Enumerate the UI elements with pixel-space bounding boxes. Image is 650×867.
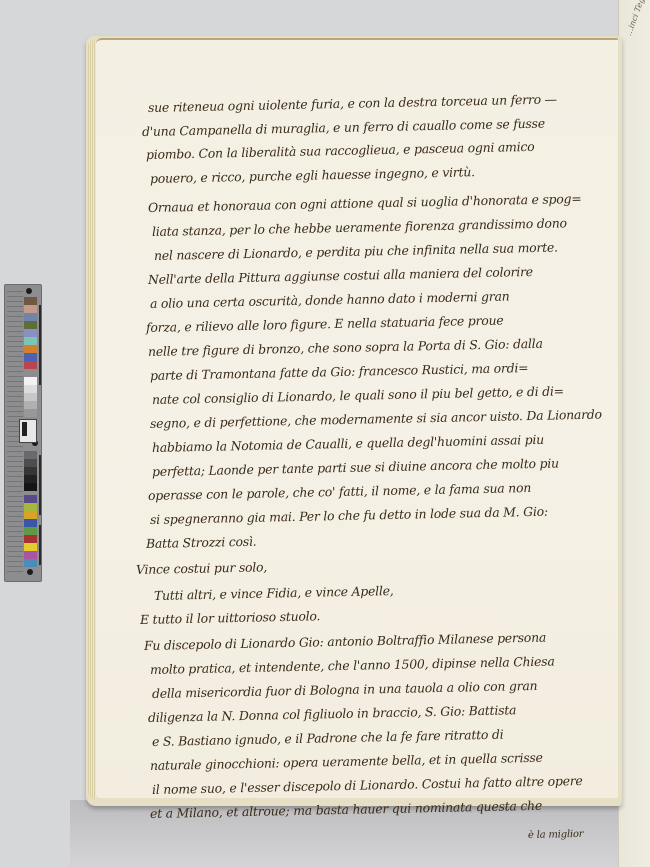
color-swatch bbox=[24, 353, 37, 361]
manuscript-line: Vince costui pur solo, bbox=[136, 559, 267, 577]
color-swatch bbox=[24, 451, 37, 459]
color-swatch bbox=[24, 321, 37, 329]
color-swatch bbox=[24, 475, 37, 483]
color-swatch bbox=[24, 401, 37, 409]
ruler-hole-bottom bbox=[27, 569, 33, 575]
color-swatch bbox=[24, 313, 37, 321]
color-swatch bbox=[24, 483, 37, 491]
swatches-bottom bbox=[24, 495, 37, 567]
ruler-bar bbox=[39, 305, 41, 385]
color-swatch bbox=[24, 535, 37, 543]
color-swatch bbox=[24, 305, 37, 313]
manuscript-line: Batta Strozzi così. bbox=[146, 534, 257, 551]
color-swatch bbox=[24, 495, 37, 503]
color-swatch bbox=[24, 559, 37, 567]
swatches-dark bbox=[24, 451, 37, 491]
facing-page-edge bbox=[618, 0, 650, 867]
color-swatch bbox=[24, 385, 37, 393]
color-swatch bbox=[24, 459, 37, 467]
color-swatch bbox=[24, 337, 37, 345]
swatches-top bbox=[24, 297, 37, 369]
color-swatch bbox=[24, 377, 37, 385]
color-swatch bbox=[24, 393, 37, 401]
color-swatch bbox=[24, 519, 37, 527]
swatches-gray bbox=[24, 377, 37, 417]
color-swatch bbox=[24, 409, 37, 417]
color-swatch bbox=[24, 297, 37, 305]
page-edges bbox=[88, 40, 96, 800]
color-swatch bbox=[24, 361, 37, 369]
color-swatch bbox=[24, 345, 37, 353]
ruler-bar bbox=[39, 525, 41, 565]
color-checker-ruler bbox=[4, 284, 42, 582]
color-swatch bbox=[24, 503, 37, 511]
manuscript-line: è la miglior bbox=[528, 829, 584, 841]
color-swatch bbox=[24, 551, 37, 559]
color-swatch bbox=[24, 527, 37, 535]
ruler-label bbox=[19, 419, 37, 443]
color-swatch bbox=[24, 543, 37, 551]
color-swatch bbox=[24, 329, 37, 337]
ruler-hole-top bbox=[26, 288, 32, 294]
color-swatch bbox=[24, 511, 37, 519]
color-swatch bbox=[24, 467, 37, 475]
ruler-bar bbox=[39, 455, 41, 515]
